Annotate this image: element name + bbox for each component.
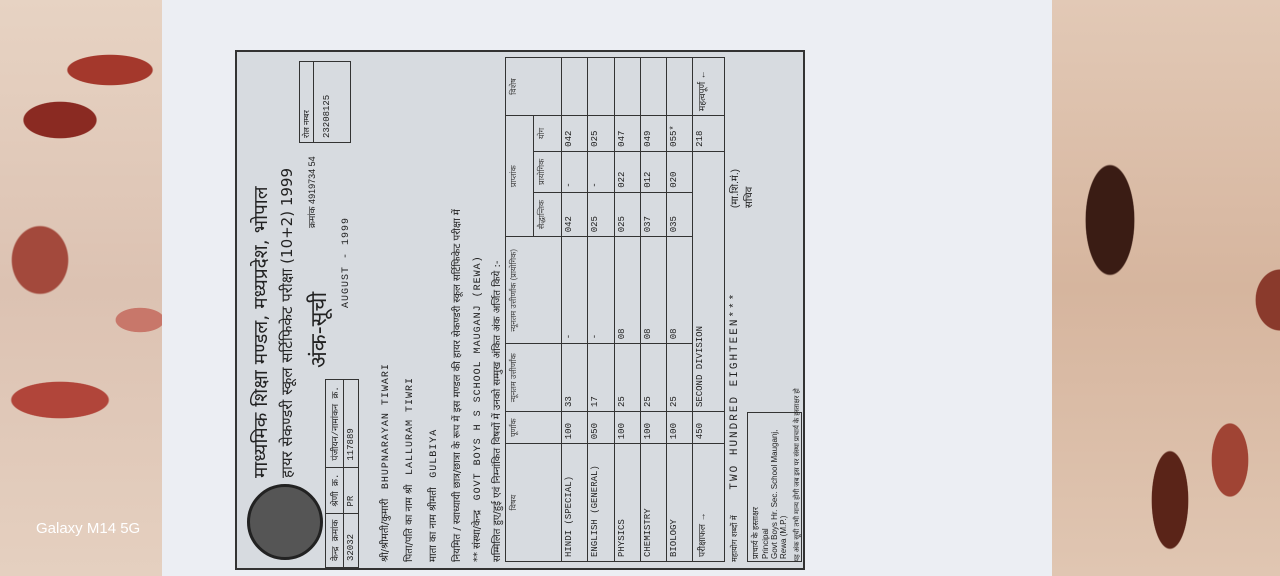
cell-remarks bbox=[640, 58, 666, 116]
cell-theory: 035 bbox=[667, 192, 693, 237]
cell-theory: 042 bbox=[562, 192, 588, 237]
centre-number: 32032 bbox=[344, 513, 359, 567]
id-header: केन्द्र क्रमांक bbox=[326, 513, 344, 567]
school-row: ** संस्था/केन्द्र GOVT BOYS H S SCHOOL M… bbox=[469, 255, 484, 562]
footer-note: यह अंक सूची तभी मान्य होगी जब इस पर संस्… bbox=[793, 388, 802, 562]
cell-min-pr: 08 bbox=[614, 237, 640, 344]
father-row: पिता/पति का नाम श्री LALLURAM TIWRI bbox=[401, 377, 416, 562]
cell-subject: BIOLOGY bbox=[667, 444, 693, 562]
cell-max: 100 bbox=[667, 412, 693, 444]
serial-value: 4919734 54 bbox=[307, 156, 317, 204]
camera-watermark: Galaxy M14 5G bbox=[36, 520, 140, 537]
cell-remarks bbox=[588, 58, 614, 116]
col-obtained: प्राप्तांक bbox=[506, 116, 534, 237]
registration-number: 117889 bbox=[344, 380, 359, 467]
cell-subject: CHEMISTRY bbox=[640, 444, 666, 562]
table-row: CHEMISTRY1002508037012049 bbox=[640, 58, 666, 562]
total-words-value: TWO HUNDRED EIGHTEEN*** bbox=[729, 292, 741, 490]
cell-min-th: 17 bbox=[588, 344, 614, 412]
cell-theory: 025 bbox=[614, 192, 640, 237]
exam-title: हायर सेकण्डरी स्कूल सर्टिफिकेट परीक्षा (… bbox=[277, 168, 297, 478]
cell-theory: 037 bbox=[640, 192, 666, 237]
father-label: पिता/पति का नाम श्री bbox=[404, 485, 415, 563]
division: SECOND DIVISION bbox=[693, 151, 725, 411]
mother-label: माता का नाम श्रीमती bbox=[428, 487, 439, 562]
cell-subject: ENGLISH (GENERAL) bbox=[588, 444, 614, 562]
cell-min-th: 33 bbox=[562, 344, 588, 412]
cell-min-pr: - bbox=[588, 237, 614, 344]
category: PR bbox=[344, 467, 359, 513]
principal-title: Principal bbox=[761, 415, 770, 559]
cell-total: 025 bbox=[588, 116, 614, 152]
secretary-title: सचिव bbox=[741, 169, 755, 208]
cell-total: 049 bbox=[640, 116, 666, 152]
serial-number: क्रमांक 4919734 54 bbox=[305, 156, 318, 228]
id-header: पंजीयन/नामांकन क्र. bbox=[326, 380, 344, 467]
table-row: PHYSICS1002508025022047 bbox=[614, 58, 640, 562]
table-row: BIOLOGY1002508035020055* bbox=[667, 58, 693, 562]
marks-table: विषय पूर्णांक न्यूनतम उत्तीर्णांक न्यूनत… bbox=[505, 57, 725, 562]
appeared-line: सम्मिलित हुए/हुई एवं निम्नांकित विषयों म… bbox=[489, 260, 503, 562]
col-subject: विषय bbox=[506, 444, 562, 562]
cell-subject: PHYSICS bbox=[614, 444, 640, 562]
result-label: परीक्षाफल → bbox=[693, 444, 725, 562]
col-min-theory: न्यूनतम उत्तीर्णांक bbox=[506, 344, 562, 412]
session: AUGUST - 1999 bbox=[341, 217, 352, 308]
mother-row: माता का नाम श्रीमती GULBIYA bbox=[425, 429, 440, 562]
principal-school: Govt Boys Hr. Sec. School Mauganj, Rewa … bbox=[770, 415, 788, 559]
board-title: माध्यमिक शिक्षा मण्डल, मध्यप्रदेश, भोपाल bbox=[247, 186, 273, 478]
total-words-label: महायोग शब्दों में bbox=[730, 515, 739, 562]
cell-practical: 020 bbox=[667, 151, 693, 192]
secretary-signature: (मा.शि.मं.) सचिव bbox=[727, 169, 755, 208]
cell-max: 100 bbox=[614, 412, 640, 444]
id-header: श्रेणी क्र. bbox=[326, 467, 344, 513]
principal-label: प्राचार्य के हस्ताक्षर bbox=[750, 415, 761, 559]
board-seal-icon bbox=[247, 484, 323, 560]
candidate-row: श्री/श्रीमती/कुमारी BHUPNARAYAN TIWARI bbox=[377, 363, 392, 562]
grand-max: 450 bbox=[693, 412, 725, 444]
table-row: HINDI (SPECIAL)10033-042-042 bbox=[562, 58, 588, 562]
grand-total: 218 bbox=[693, 116, 725, 152]
candidate-name: BHUPNARAYAN TIWARI bbox=[381, 363, 392, 489]
col-theory: सैद्धान्तिक bbox=[534, 192, 562, 237]
background-cloth-right bbox=[1050, 0, 1280, 576]
background-cloth-left bbox=[0, 0, 165, 576]
total-in-words: महायोग शब्दों में TWO HUNDRED EIGHTEEN**… bbox=[729, 292, 741, 562]
col-total: योग bbox=[534, 116, 562, 152]
school-label: ** संस्था/केन्द्र bbox=[472, 510, 483, 562]
cell-total: 042 bbox=[562, 116, 588, 152]
father-name: LALLURAM TIWRI bbox=[405, 377, 416, 475]
cell-max: 050 bbox=[588, 412, 614, 444]
cell-subject: HINDI (SPECIAL) bbox=[562, 444, 588, 562]
candidate-label: श्री/श्रीमती/कुमारी bbox=[380, 499, 391, 562]
roll-value: 23208125 bbox=[314, 62, 340, 142]
cell-practical: 022 bbox=[614, 151, 640, 192]
roll-number-box: रोल नम्बर 23208125 bbox=[299, 61, 351, 143]
col-min-practical: न्यूनतम उत्तीर्णांक (प्रायोगिक) bbox=[506, 237, 562, 344]
cell-min-th: 25 bbox=[640, 344, 666, 412]
cell-practical: - bbox=[588, 151, 614, 192]
cell-remarks bbox=[667, 58, 693, 116]
remarks-label: महत्वपूर्ण ← bbox=[693, 58, 725, 116]
table-row: ENGLISH (GENERAL)05017-025-025 bbox=[588, 58, 614, 562]
school-name: GOVT BOYS H S SCHOOL MAUGANJ (REWA) bbox=[473, 255, 484, 500]
col-practical: प्रायोगिक bbox=[534, 151, 562, 192]
cell-practical: 012 bbox=[640, 151, 666, 192]
cell-remarks bbox=[562, 58, 588, 116]
cell-min-pr: 08 bbox=[667, 237, 693, 344]
roll-label: रोल नम्बर bbox=[300, 62, 314, 142]
cell-min-pr: 08 bbox=[640, 237, 666, 344]
cell-min-th: 25 bbox=[667, 344, 693, 412]
cell-remarks bbox=[614, 58, 640, 116]
id-table: केन्द्र क्रमांक श्रेणी क्र. पंजीयन/नामां… bbox=[325, 379, 359, 568]
cell-practical: - bbox=[562, 151, 588, 192]
serial-label: क्रमांक bbox=[307, 206, 317, 228]
cell-min-th: 25 bbox=[614, 344, 640, 412]
cell-min-pr: - bbox=[562, 237, 588, 344]
secretary-abbr: (मा.शि.मं.) bbox=[727, 169, 741, 208]
cell-total: 047 bbox=[614, 116, 640, 152]
col-remarks: विशेष bbox=[506, 58, 562, 116]
cell-theory: 025 bbox=[588, 192, 614, 237]
cell-max: 100 bbox=[562, 412, 588, 444]
mother-name: GULBIYA bbox=[429, 429, 440, 478]
result-row: परीक्षाफल → 450 SECOND DIVISION 218 महत्… bbox=[693, 58, 725, 562]
sheet-title: अंक-सूची bbox=[303, 292, 333, 368]
col-max: पूर्णांक bbox=[506, 412, 562, 444]
cell-max: 100 bbox=[640, 412, 666, 444]
marksheet-document: माध्यमिक शिक्षा मण्डल, मध्यप्रदेश, भोपाल… bbox=[235, 50, 805, 570]
cell-total: 055* bbox=[667, 116, 693, 152]
status-line: नियमित / स्वाध्यायी छात्र/छात्रा के रूप … bbox=[449, 209, 463, 562]
